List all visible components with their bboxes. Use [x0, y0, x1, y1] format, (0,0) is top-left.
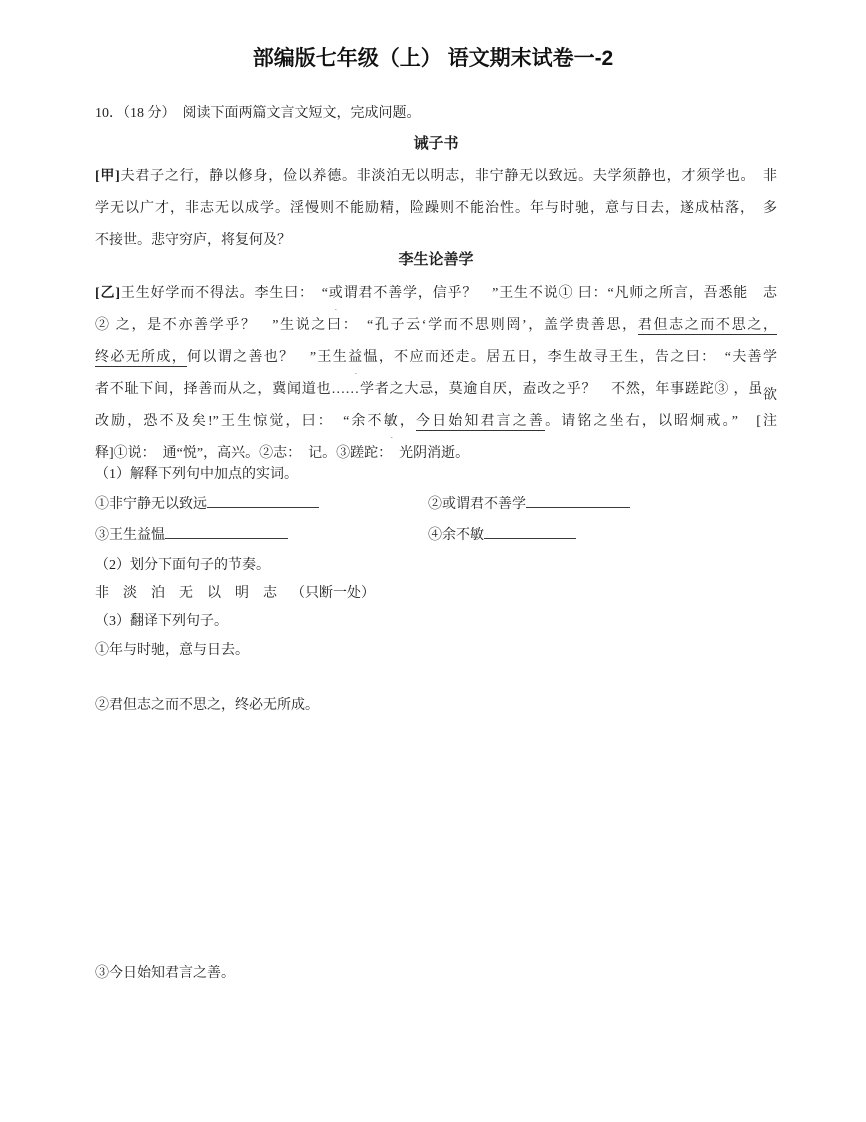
answer-item-4: ④余不敏 [428, 520, 777, 551]
rhythm-sentence: 非 淡 泊 无 以 明 志 [95, 586, 277, 601]
translation-item-3: ③今日始知君言之善。 [95, 959, 777, 989]
passage-line: [乙]王生好学而不得法。李生曰： “或谓君不善学，信乎？ ”王生不说① 曰：“凡… [95, 278, 777, 310]
emphasized-char: 或 [442, 497, 456, 512]
hanging-char: 欲 [763, 388, 777, 403]
passage-text: 夫君子之行，静以修身，俭以养德。非淡泊无以明志，非宁静无以致远。夫学须静也，才须… [120, 169, 777, 184]
underlined-text: 终必无所成， [95, 350, 187, 367]
passage-yi: [乙]王生好学而不得法。李生曰： “或谓君不善学，信乎？ ”王生不说① 曰：“凡… [95, 278, 777, 470]
passage-line: 改励，恐不及矣!”王生惊觉，曰： “余不敏，今日始知君言之善。请铭之坐右，以昭炯… [95, 406, 777, 438]
sub-question-2-label: （2）划分下面句子的节奏。 [95, 551, 777, 581]
translation-item-1: ①年与时驰，意与日去。 [95, 636, 777, 666]
translation-item-2: ②君但志之而不思之，终必无所成。 [95, 691, 777, 721]
sub-question-1-items: ①非宁静无以致远 ②或谓君不善学 ③王生益愠 ④余不敏 [95, 489, 777, 551]
sub-question-1-label: （1）解释下列句中加点的实词。 [95, 460, 777, 490]
emphasized-char: 敏 [470, 528, 484, 543]
passage-text: 改励，恐不及矣!”王生惊觉，曰： “余不 [95, 414, 384, 429]
answer-blank [526, 493, 630, 508]
answer-blank [484, 524, 576, 539]
answer-item-text: 谓君不善学 [456, 497, 526, 512]
page-title: 部编版七年级（上） 语文期末试卷一-2 [0, 44, 866, 74]
sub-question-3-label: （3）翻译下列句子。 [95, 607, 777, 637]
emphasized-char: 敏 [384, 414, 400, 429]
passage-jia-heading: 诫子书 [95, 130, 777, 158]
passage-jia-tag: [甲] [95, 169, 120, 184]
passage-text: 者不耻下间，择善而从之，冀闻道也……学者之大忌，莫逾自厌，盍改之乎？ 不然，年事… [95, 382, 763, 397]
passage-text: 王生好学而不得法。李生曰： “ [120, 286, 328, 301]
emphasized-char: 益 [348, 350, 363, 365]
answer-item-text: ④余不 [428, 528, 470, 543]
passage-line: 学无以广才，非志无以成学。淫慢则不能励精，险躁则不能治性。年与时驰，意与日去，遂… [95, 193, 777, 225]
exam-page: 部编版七年级（上） 语文期末试卷一-2 10．（18 分） 阅读下面两篇文言文短… [0, 0, 866, 1122]
passage-text: 学无以广才，非志无以成学。淫慢则不能励精，险躁则不能治性。年与时驰，意与日去，遂… [95, 201, 777, 216]
answer-item-text: 愠 [151, 528, 165, 543]
passage-text: ② 之，是不亦善学乎？ ”生说之曰： “孔子云‘学而不思则罔’，盖学贵善思， [95, 318, 638, 333]
underlined-text: 君但志之而不思之， [638, 318, 777, 335]
rhythm-note: （只断一处） [291, 586, 375, 601]
passage-text: 愠，不应而还走。居五日，李生故寻王生，告之曰： “夫善学 [363, 350, 777, 365]
answer-item-text: ①非宁静无以 [95, 497, 179, 512]
answer-blank [165, 524, 288, 539]
answer-item-3: ③王生益愠 [95, 520, 428, 551]
passage-yi-tag: [乙] [95, 286, 120, 301]
passage-line: ② 之，是不亦善学乎？ ”生说之曰： “孔子云‘学而不思则罔’，盖学贵善思，君但… [95, 310, 777, 342]
question-header: 10．（18 分） 阅读下面两篇文言文短文，完成问题。 [95, 99, 777, 129]
answer-item-text: 远 [193, 497, 207, 512]
passage-line: 者不耻下间，择善而从之，冀闻道也……学者之大忌，莫逾自厌，盍改之乎？ 不然，年事… [95, 374, 777, 406]
passage-yi-heading: 李生论善学 [95, 246, 777, 274]
passage-line: [甲]夫君子之行，静以修身，俭以养德。非淡泊无以明志，非宁静无以致远。夫学须静也… [95, 161, 777, 193]
passage-line: 终必无所成，何以谓之善也？ ”王生益愠，不应而还走。居五日，李生故寻王生，告之曰… [95, 342, 777, 374]
emphasized-char: 益 [137, 528, 151, 543]
rhythm-sentence-line: 非 淡 泊 无 以 明 志（只断一处） [95, 579, 777, 609]
emphasized-char: 致 [179, 497, 193, 512]
underlined-text: 今日始知君言之善 [416, 414, 545, 431]
passage-text: ， [400, 414, 416, 429]
passage-text: 释]①说： 通“悦”，高兴。②志： 记。③蹉跎： 光阴消逝。 [95, 446, 469, 461]
answer-item-1: ①非宁静无以致远 [95, 489, 428, 520]
answer-item-text: ② [428, 497, 442, 512]
passage-jia: [甲]夫君子之行，静以修身，俭以养德。非淡泊无以明志，非宁静无以致远。夫学须静也… [95, 161, 777, 257]
answer-row: ①非宁静无以致远 ②或谓君不善学 [95, 489, 777, 520]
answer-item-2: ②或谓君不善学 [428, 489, 777, 520]
answer-blank [207, 493, 319, 508]
passage-text: 何以谓之善也？ ”王生 [187, 350, 348, 365]
passage-text: 。请铭之坐右，以昭炯戒。” [注 [545, 414, 777, 429]
answer-item-text: ③王生 [95, 528, 137, 543]
passage-text: 谓君不善学，信乎？ ”王生不说① 曰：“凡师之所言，吾悉能 志 [344, 286, 777, 301]
emphasized-char: 或 [328, 286, 344, 301]
answer-row: ③王生益愠 ④余不敏 [95, 520, 777, 551]
